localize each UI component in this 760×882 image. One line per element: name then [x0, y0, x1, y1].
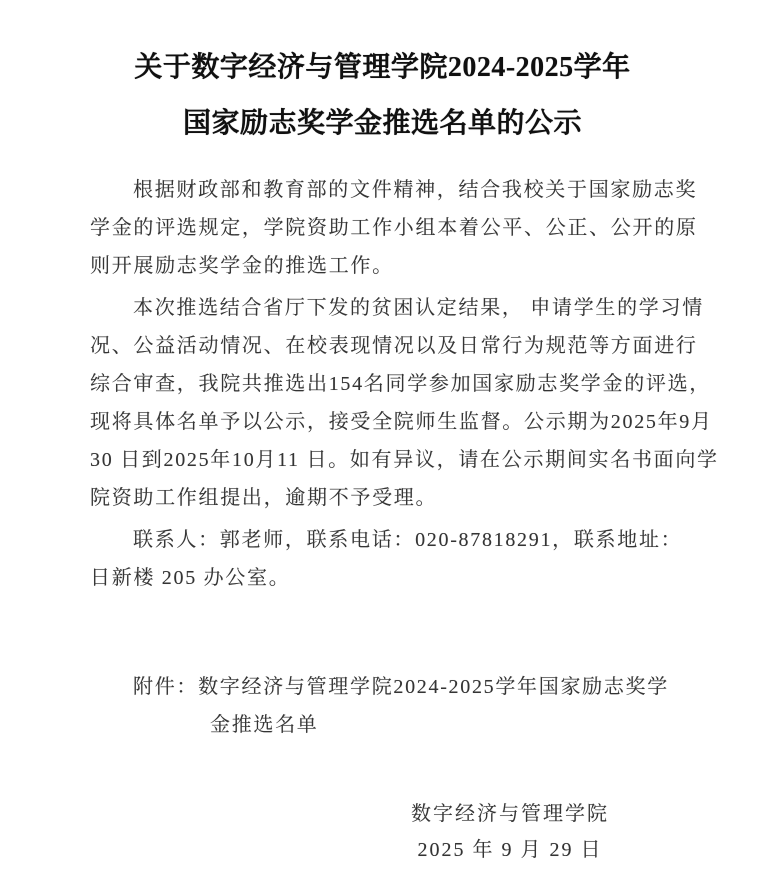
text-line: 综合审查，我院共推选出154名同学参加国家励志奖学金的评选， [90, 365, 675, 403]
text-line: 现将具体名单予以公示，接受全院师生监督。公示期为2025年9月 [90, 403, 675, 441]
signature-block: 数字经济与管理学院 2025 年 9 月 29 日 [400, 796, 620, 868]
contact-line: 联系人：郭老师，联系电话：020-87818291，联系地址： [90, 521, 675, 559]
attachment-line: 金推选名单 [90, 706, 675, 744]
text-line: 况、公益活动情况、在校表现情况以及日常行为规范等方面进行 [90, 327, 675, 365]
paragraph-contact: 联系人：郭老师，联系电话：020-87818291，联系地址： 日新楼 205 … [90, 521, 675, 597]
text-line: 根据财政部和教育部的文件精神，结合我校关于国家励志奖 [90, 171, 675, 209]
text-line: 本次推选结合省厅下发的贫困认定结果， 申请学生的学习情 [90, 289, 675, 327]
document-title: 关于数字经济与管理学院2024-2025学年 国家励志奖学金推选名单的公示 [80, 0, 685, 152]
signature-date: 2025 年 9 月 29 日 [400, 832, 620, 868]
text-line: 30 日到2025年10月11 日。如有异议，请在公示期间实名书面向学 [90, 441, 675, 479]
text-line: 则开展励志奖学金的推选工作。 [90, 247, 675, 285]
text-line: 学金的评选规定，学院资助工作小组本着公平、公正、公开的原 [90, 209, 675, 247]
paragraph-basis: 根据财政部和教育部的文件精神，结合我校关于国家励志奖 学金的评选规定，学院资助工… [90, 171, 675, 285]
attachment-line: 附件：数字经济与管理学院2024-2025学年国家励志奖学 [90, 668, 675, 706]
title-line-1: 关于数字经济与管理学院2024-2025学年 [80, 40, 685, 96]
paragraph-selection-details: 本次推选结合省厅下发的贫困认定结果， 申请学生的学习情 况、公益活动情况、在校表… [90, 289, 675, 517]
text-line: 院资助工作组提出，逾期不予受理。 [90, 479, 675, 517]
contact-line: 日新楼 205 办公室。 [90, 559, 675, 597]
attachment-note: 附件：数字经济与管理学院2024-2025学年国家励志奖学 金推选名单 [90, 668, 675, 744]
announcement-document: 关于数字经济与管理学院2024-2025学年 国家励志奖学金推选名单的公示 根据… [0, 0, 760, 882]
title-line-2: 国家励志奖学金推选名单的公示 [80, 96, 685, 152]
signature-org: 数字经济与管理学院 [400, 796, 620, 832]
